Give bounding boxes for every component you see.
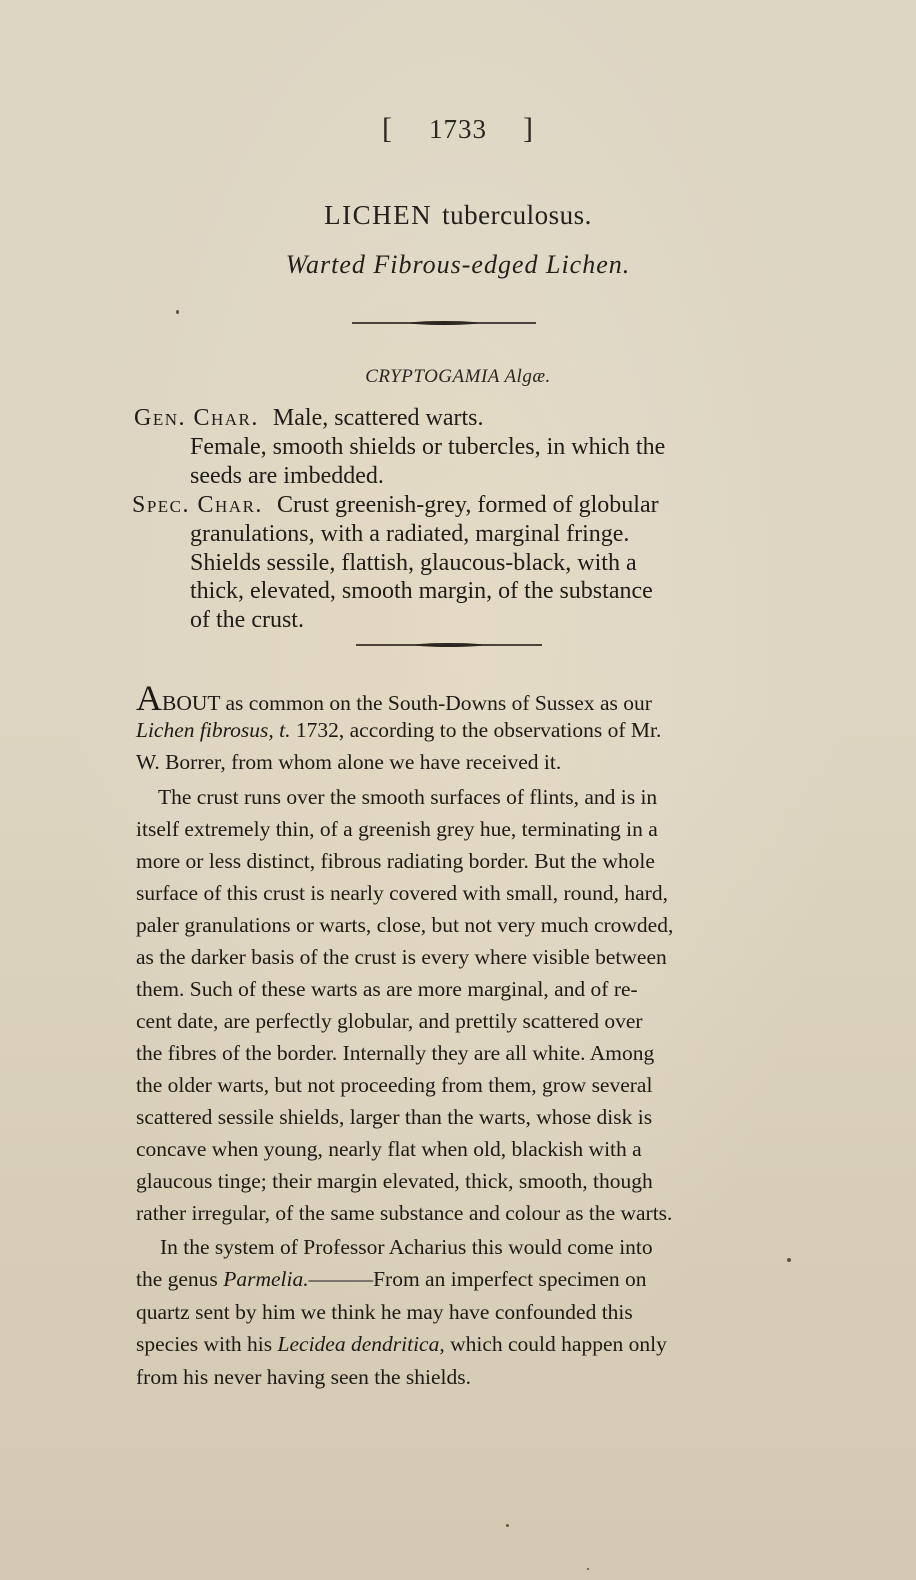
description-line: the fibres of the border. Internally the…: [136, 1037, 654, 1069]
plate-abbrev: t.: [274, 718, 296, 742]
generic-character-label: Gen. Char.: [134, 405, 259, 431]
ornamental-rule: [352, 322, 536, 324]
species-reference: Lichen fibrosus,: [136, 718, 274, 742]
bracket-right: ]: [523, 112, 534, 146]
page-number-value: 1733: [429, 114, 487, 144]
generic-character-line: Gen. Char.Male, scattered warts.: [134, 404, 483, 433]
description-line: concave when young, nearly flat when old…: [136, 1133, 642, 1165]
specific-character-line: of the crust.: [190, 606, 304, 635]
em-dash: ———: [309, 1267, 374, 1291]
paper-speck: [787, 1258, 791, 1262]
common-name: Warted Fibrous-edged Lichen.: [0, 250, 916, 280]
specific-character-line: Shields sessile, flattish, glaucous-blac…: [190, 549, 637, 578]
drop-cap: A: [136, 678, 162, 718]
book-page: [1733] LICHENtuberculosus. Warted Fibrou…: [0, 0, 916, 1580]
title-species: tuberculosus.: [442, 200, 592, 230]
description-line: paler granulations or warts, close, but …: [136, 909, 673, 941]
ornamental-rule: [356, 644, 542, 646]
description-line: In the system of Professor Acharius this…: [160, 1231, 653, 1263]
description-line: from his never having seen the shields.: [136, 1361, 471, 1393]
classification: CRYPTOGAMIA Algæ.: [0, 366, 916, 388]
title-genus: LICHEN: [324, 200, 432, 230]
description-line: surface of this crust is nearly covered …: [136, 877, 668, 909]
page-number: [1733]: [0, 112, 916, 146]
description-line: W. Borrer, from whom alone we have recei…: [136, 746, 561, 778]
description-line: itself extremely thin, of a greenish gre…: [136, 813, 658, 845]
description-line: Lichen fibrosus, t. 1732, according to t…: [136, 714, 661, 746]
bracket-left: [: [382, 112, 393, 146]
description-line: The crust runs over the smooth surfaces …: [158, 781, 657, 813]
text-line: Crust greenish-grey, formed of globular: [277, 492, 659, 518]
text-line: 1732, according to the observations of M…: [296, 718, 661, 742]
paper-speck: [587, 1568, 589, 1570]
specific-character-line: granulations, with a radiated, marginal …: [190, 520, 629, 549]
description-line: them. Such of these warts as are more ma…: [136, 973, 638, 1005]
description-line: species with his Lecidea dendritica, whi…: [136, 1328, 667, 1360]
paper-speck: [506, 1524, 509, 1527]
species-title: LICHENtuberculosus.: [0, 200, 916, 231]
genus-reference: Parmelia.: [223, 1267, 308, 1291]
description-line: scattered sessile shields, larger than t…: [136, 1101, 652, 1133]
text-line: Male, scattered warts.: [273, 405, 484, 431]
description-line: the genus Parmelia.———From an imperfect …: [136, 1263, 647, 1295]
specific-character-line: Spec. Char.Crust greenish-grey, formed o…: [132, 491, 659, 520]
text-line: the genus: [136, 1267, 223, 1291]
text-line: which could happen only: [445, 1332, 667, 1356]
description-line: more or less distinct, fibrous radiating…: [136, 845, 655, 877]
description-line: as the darker basis of the crust is ever…: [136, 941, 667, 973]
text-line: From an imperfect specimen on: [373, 1267, 646, 1291]
description-line: rather irregular, of the same substance …: [136, 1197, 672, 1229]
text-line: species with his: [136, 1332, 278, 1356]
specific-character-label: Spec. Char.: [132, 492, 263, 518]
text-line: BOUT as common on the South-Downs of Sus…: [162, 691, 652, 715]
description-line: quartz sent by him we think he may have …: [136, 1296, 633, 1328]
generic-character-line: Female, smooth shields or tubercles, in …: [190, 433, 665, 462]
description-line: the older warts, but not proceeding from…: [136, 1069, 652, 1101]
paper-speck: [176, 310, 179, 314]
description-line: cent date, are perfectly globular, and p…: [136, 1005, 643, 1037]
specific-character-line: thick, elevated, smooth margin, of the s…: [190, 577, 653, 606]
species-reference: Lecidea dendritica,: [278, 1332, 445, 1356]
generic-character-line: seeds are imbedded.: [190, 462, 384, 491]
description-line: glaucous tinge; their margin elevated, t…: [136, 1165, 653, 1197]
